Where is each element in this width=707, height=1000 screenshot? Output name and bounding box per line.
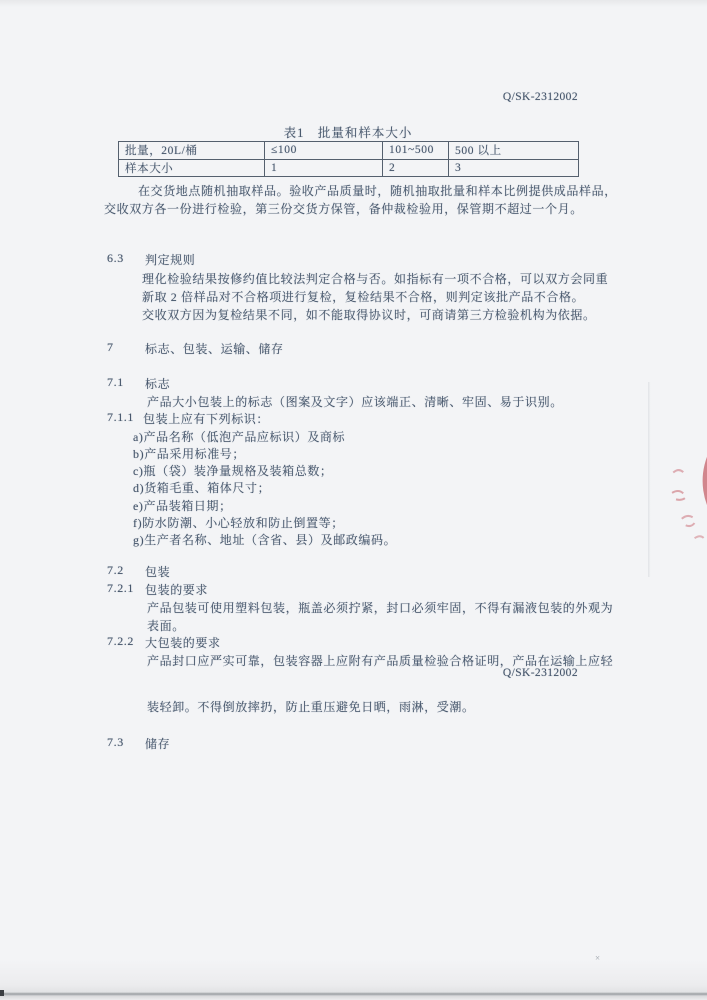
list-item: g)生产者名称、地址（含省、县）及邮政编码。 — [133, 531, 396, 548]
section-number: 7.2.2 — [107, 634, 134, 649]
section-heading: 标志 — [145, 375, 170, 392]
section-heading: 判定规则 — [145, 251, 195, 268]
red-seal-stamp-icon — [662, 420, 707, 560]
section-heading: 包装 — [145, 563, 170, 580]
sampling-paragraph-line: 交收双方各一份进行检验，第三份交货方保管，备仲裁检验用，保管期不超过一个月。 — [104, 200, 583, 217]
table-cell: 1 — [265, 159, 383, 177]
table-cell: 批量，20L/桶 — [119, 142, 265, 160]
section-heading: 大包装的要求 — [145, 634, 221, 651]
table-cell: 3 — [449, 159, 579, 177]
section-number: 7.1 — [107, 375, 124, 390]
section-heading: 包装的要求 — [145, 581, 208, 598]
section-body-line: 装轻卸。不得倒放摔扔，防止重压避免日晒，雨淋，受潮。 — [147, 698, 475, 715]
section-body-line: 表面。 — [147, 617, 185, 634]
table-cell: 样本大小 — [119, 159, 265, 177]
section-body-line: 产品包装可使用塑料包装，瓶盖必须拧紧，封口必须牢固，不得有漏液包装的外观为 — [147, 599, 613, 616]
section-body-line: 理化检验结果按修约值比较法判定合格与否。如指标有一项不合格，可以双方会同重 — [142, 270, 608, 287]
section-body-line: 新取 2 倍样品对不合格项进行复检，复检结果不合格，则判定该批产品不合格。 — [142, 288, 584, 305]
section-heading: 包装上应有下列标识： — [143, 410, 269, 427]
table-cell: 2 — [383, 159, 449, 177]
section-body-line: 产品大小包装上的标志（图案及文字）应该端正、清晰、牢固、易于识别。 — [147, 393, 563, 410]
page-crease — [648, 382, 651, 577]
table-cell: 500 以上 — [449, 142, 579, 160]
list-item: d)货箱毛重、箱体尺寸； — [133, 479, 270, 496]
table-row: 样本大小 1 2 3 — [119, 159, 579, 177]
list-item: f)防水防潮、小心轻放和防止倒置等； — [133, 514, 344, 531]
batch-sample-size-table: 批量，20L/桶 ≤100 101~500 500 以上 样本大小 1 2 3 — [118, 141, 579, 177]
scanned-document-page: Q/SK-2312002 表1 批量和样本大小 批量，20L/桶 ≤100 10… — [0, 0, 707, 1000]
list-item: b)产品采用标准号； — [133, 445, 245, 462]
section-number: 7.1.1 — [107, 410, 134, 425]
table-cell: 101~500 — [383, 142, 449, 160]
section-number: 7.2.1 — [107, 581, 134, 596]
section-number: 7.2 — [107, 563, 124, 578]
section-number: 7 — [107, 340, 114, 355]
sampling-paragraph-line: 在交货地点随机抽取样品。验收产品质量时，随机抽取批量和样本比例提供成品样品， — [138, 182, 617, 199]
list-item: c)瓶（袋）装净量规格及装箱总数； — [133, 462, 333, 479]
scan-speck: × — [595, 953, 600, 963]
section-body-line: 交收双方因为复检结果不同，如不能取得协议时，可商请第三方检验机构为依据。 — [142, 306, 596, 323]
list-item: e)产品装箱日期； — [133, 497, 232, 514]
list-item: a)产品名称（低泡产品应标识）及商标 — [133, 428, 345, 445]
section-number: 7.3 — [107, 735, 124, 750]
doc-code-header: Q/SK-2312002 — [503, 91, 578, 103]
table-cell: ≤100 — [265, 142, 383, 160]
doc-code-midpage: Q/SK-2312002 — [503, 667, 578, 679]
section-heading: 储存 — [145, 735, 170, 752]
table-row: 批量，20L/桶 ≤100 101~500 500 以上 — [119, 142, 579, 160]
scan-speck — [0, 990, 4, 996]
table-title: 表1 批量和样本大小 — [118, 123, 578, 141]
section-number: 6.3 — [107, 251, 124, 266]
section-heading: 标志、包装、运输、储存 — [145, 340, 284, 357]
